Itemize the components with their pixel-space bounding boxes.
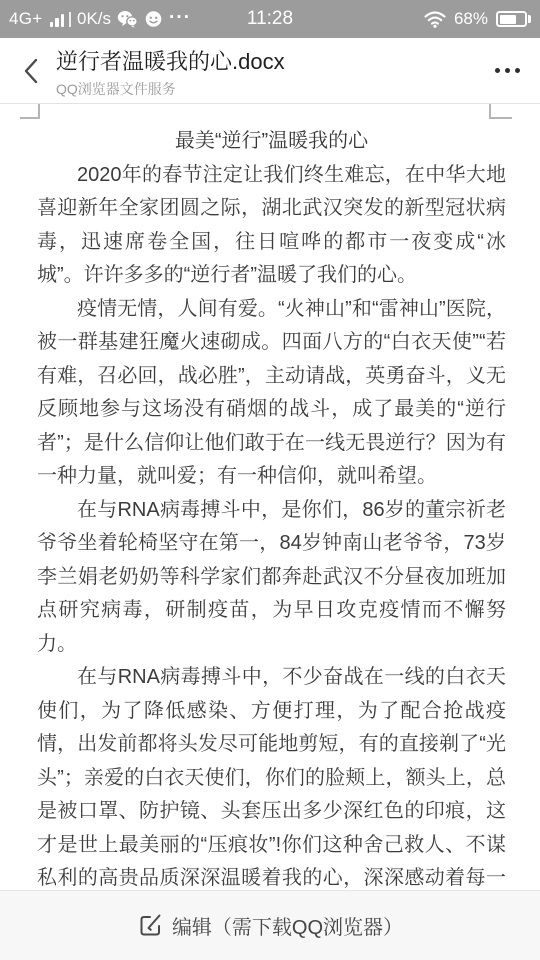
back-button[interactable] xyxy=(10,45,52,97)
document-viewer[interactable]: 最美“逆行”温暖我的心 2020年的春节注定让我们终生难忘，在中华大地喜迎新年全… xyxy=(0,104,540,890)
edit-pencil-icon xyxy=(137,912,164,939)
app-header: 逆行者温暖我的心.docx QQ浏览器文件服务 xyxy=(0,38,540,103)
network-type-label: 4G+ xyxy=(9,9,43,29)
chevron-left-icon xyxy=(21,55,41,87)
more-menu-button[interactable] xyxy=(489,54,526,87)
doc-paragraph: 在与RNA病毒搏斗中，不少奋战在一线的白衣天使们，为了降低感染、方便打理，为了配… xyxy=(37,661,506,890)
doc-paragraph: 在与RNA病毒搏斗中，是你们，86岁的董宗祈老爷爷坐着轮椅坚守在第一，84岁钟南… xyxy=(37,494,506,662)
phone-screen: 4G+ 0K/s xyxy=(0,0,540,960)
header-titles: 逆行者温暖我的心.docx QQ浏览器文件服务 xyxy=(56,43,489,99)
page-corner-right xyxy=(489,104,512,119)
signal-strength-icon xyxy=(50,12,72,27)
qq-notification-icon xyxy=(144,10,163,28)
battery-icon xyxy=(496,11,531,27)
edit-button[interactable]: 编辑（需下载QQ浏览器） xyxy=(0,890,540,960)
document-page: 最美“逆行”温暖我的心 2020年的春节注定让我们终生难忘，在中华大地喜迎新年全… xyxy=(0,104,540,890)
battery-percent-label: 68% xyxy=(454,9,488,29)
wechat-notification-icon xyxy=(117,10,138,28)
document-title: 最美“逆行”温暖我的心 xyxy=(37,125,506,159)
wifi-icon xyxy=(424,11,446,28)
battery-fill xyxy=(500,15,516,24)
more-notifications-icon: ··· xyxy=(169,8,191,31)
network-speed-label: 0K/s xyxy=(77,9,111,29)
status-bar: 4G+ 0K/s xyxy=(0,0,540,38)
edit-label: 编辑（需下载QQ浏览器） xyxy=(172,911,403,940)
page-corner-left xyxy=(20,104,40,119)
file-title: 逆行者温暖我的心.docx xyxy=(56,45,489,76)
clock-label: 11:28 xyxy=(247,8,293,30)
file-service-subtitle: QQ浏览器文件服务 xyxy=(56,79,489,99)
status-left: 4G+ 0K/s xyxy=(9,8,191,31)
doc-paragraph: 2020年的春节注定让我们终生难忘，在中华大地喜迎新年全家团圆之际，湖北武汉突发… xyxy=(37,159,506,293)
status-right: 68% xyxy=(424,9,531,29)
doc-paragraph: 疫情无情，人间有爱。“火神山”和“雷神山”医院，被一群基建狂魔火速砌成。四面八方… xyxy=(37,293,506,494)
